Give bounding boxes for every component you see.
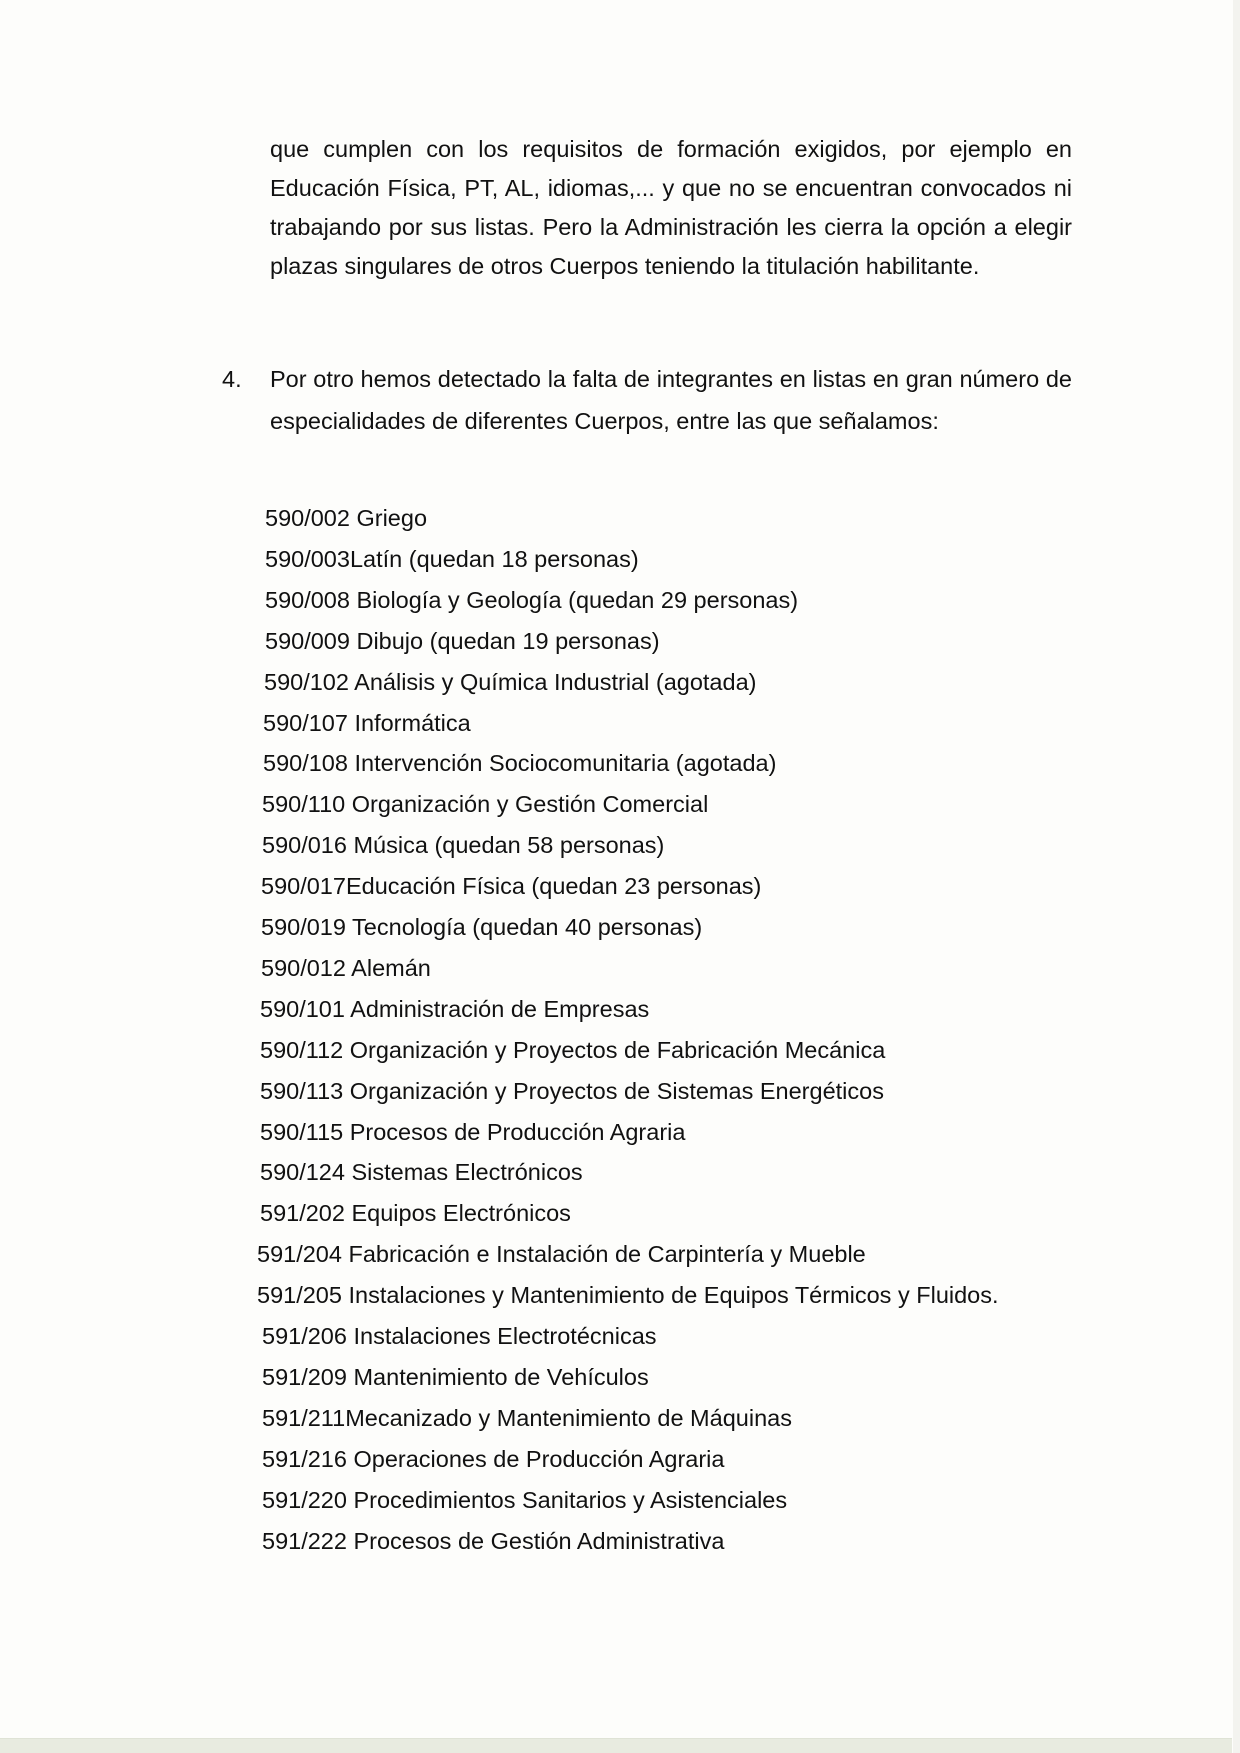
specialty-list-item: 591/206 Instalaciones Electrotécnicas [262,1322,657,1350]
specialty-list-item: 590/113 Organización y Proyectos de Sist… [260,1077,884,1105]
specialty-list-item: 590/009 Dibujo (quedan 19 personas) [265,627,660,655]
specialty-list-item: 591/209 Mantenimiento de Vehículos [262,1363,649,1391]
item-number: 4. [222,358,262,400]
specialty-list-item: 590/019 Tecnología (quedan 40 personas) [261,913,702,941]
item-text: Por otro hemos detectado la falta de int… [270,358,1072,442]
specialty-list-item: 591/204 Fabricación e Instalación de Car… [257,1240,866,1268]
specialty-list-item: 591/216 Operaciones de Producción Agrari… [262,1445,724,1473]
specialty-list-item: 590/012 Alemán [261,954,431,982]
specialty-list-item: 590/003Latín (quedan 18 personas) [265,545,639,573]
scanned-page: que cumplen con los requisitos de formac… [0,0,1240,1753]
specialty-list-item: 590/107 Informática [263,709,471,737]
specialty-list-item: 590/124 Sistemas Electrónicos [260,1158,583,1186]
specialty-list-item: 590/016 Música (quedan 58 personas) [262,831,664,859]
specialty-list-item: 590/008 Biología y Geología (quedan 29 p… [265,586,798,614]
specialty-list-item: 591/211Mecanizado y Mantenimiento de Máq… [262,1404,792,1432]
specialty-list-item: 590/101 Administración de Empresas [260,995,649,1023]
specialty-list-item: 591/222 Procesos de Gestión Administrati… [262,1527,724,1555]
specialty-list-item: 590/108 Intervención Sociocomunitaria (a… [263,749,776,777]
specialty-list-item: 590/002 Griego [265,504,427,532]
specialty-list-item: 591/205 Instalaciones y Mantenimiento de… [257,1281,999,1309]
page-edge [1233,0,1240,1753]
specialty-list-item: 591/202 Equipos Electrónicos [260,1199,571,1227]
specialty-list-item: 590/102 Análisis y Química Industrial (a… [264,668,756,696]
specialty-list-item: 590/017Educación Física (quedan 23 perso… [261,872,761,900]
specialty-list-item: 590/115 Procesos de Producción Agraria [260,1118,685,1146]
specialty-list-item: 590/112 Organización y Proyectos de Fabr… [260,1036,885,1064]
scan-bottom-strip [0,1738,1232,1753]
specialty-list-item: 590/110 Organización y Gestión Comercial [262,790,708,818]
intro-paragraph: que cumplen con los requisitos de formac… [270,130,1072,286]
specialty-list-item: 591/220 Procedimientos Sanitarios y Asis… [262,1486,787,1514]
